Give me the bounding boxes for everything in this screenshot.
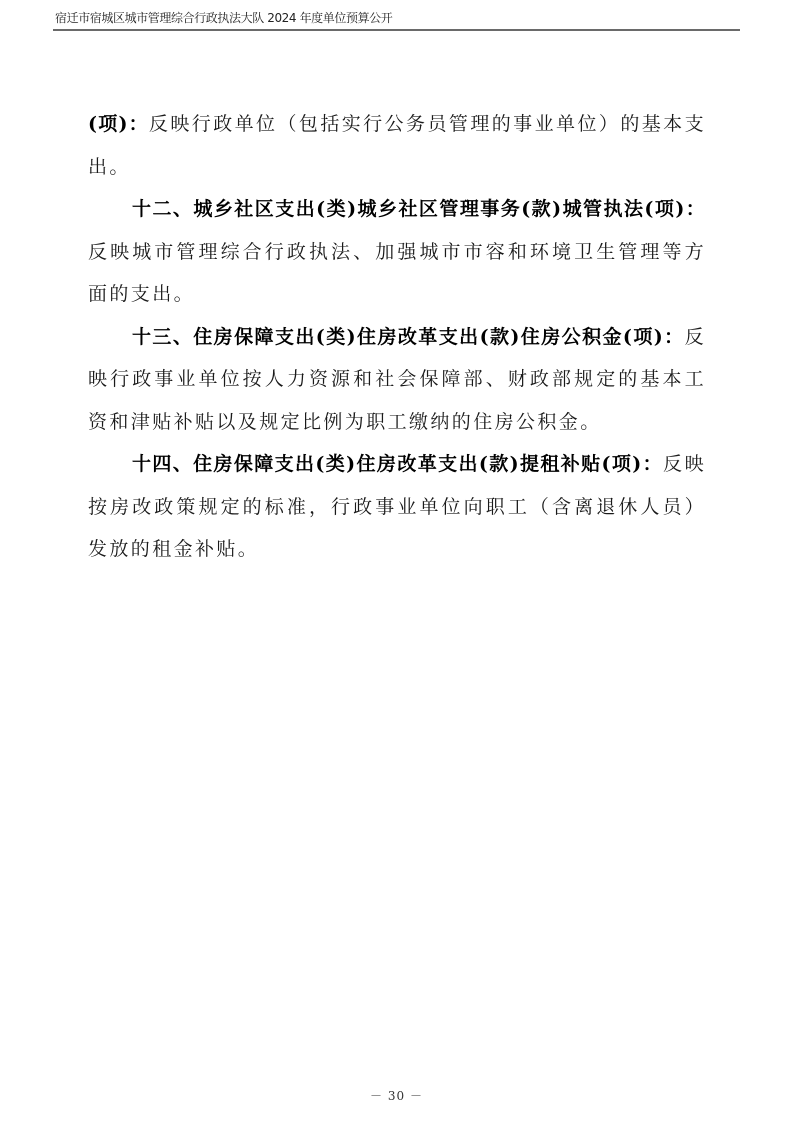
- paragraph-item-12: 十二、城乡社区支出(类)城乡社区管理事务(款)城管执法(项)：反映城市管理综合行…: [88, 188, 706, 316]
- paragraph-heading: 十三、住房保障支出(类)住房改革支出(款)住房公积金(项)：: [132, 326, 685, 348]
- document-title: 宿迁市宿城区城市管理综合行政执法大队 2024 年度单位预算公开: [55, 11, 392, 26]
- paragraph-item-14: 十四、住房保障支出(类)住房改革支出(款)提租补贴(项)：反映按房改政策规定的标…: [88, 443, 706, 571]
- paragraph-text: 反映城市管理综合行政执法、加强城市市容和环境卫生管理等方面的支出。: [88, 241, 706, 306]
- paragraph-heading: 十四、住房保障支出(类)住房改革支出(款)提租补贴(项)：: [132, 453, 663, 475]
- document-body: (项)：反映行政单位（包括实行公务员管理的事业单位）的基本支出。 十二、城乡社区…: [88, 103, 706, 571]
- page-header: 宿迁市宿城区城市管理综合行政执法大队 2024 年度单位预算公开: [53, 11, 740, 31]
- paragraph-text: 反映行政单位（包括实行公务员管理的事业单位）的基本支出。: [88, 113, 706, 178]
- paragraph-continued: (项)：反映行政单位（包括实行公务员管理的事业单位）的基本支出。: [88, 103, 706, 188]
- page-number: － 30 －: [0, 1087, 793, 1104]
- paragraph-heading: (项)：: [88, 113, 149, 135]
- paragraph-heading: 十二、城乡社区支出(类)城乡社区管理事务(款)城管执法(项)：: [132, 198, 706, 220]
- paragraph-item-13: 十三、住房保障支出(类)住房改革支出(款)住房公积金(项)：反映行政事业单位按人…: [88, 316, 706, 444]
